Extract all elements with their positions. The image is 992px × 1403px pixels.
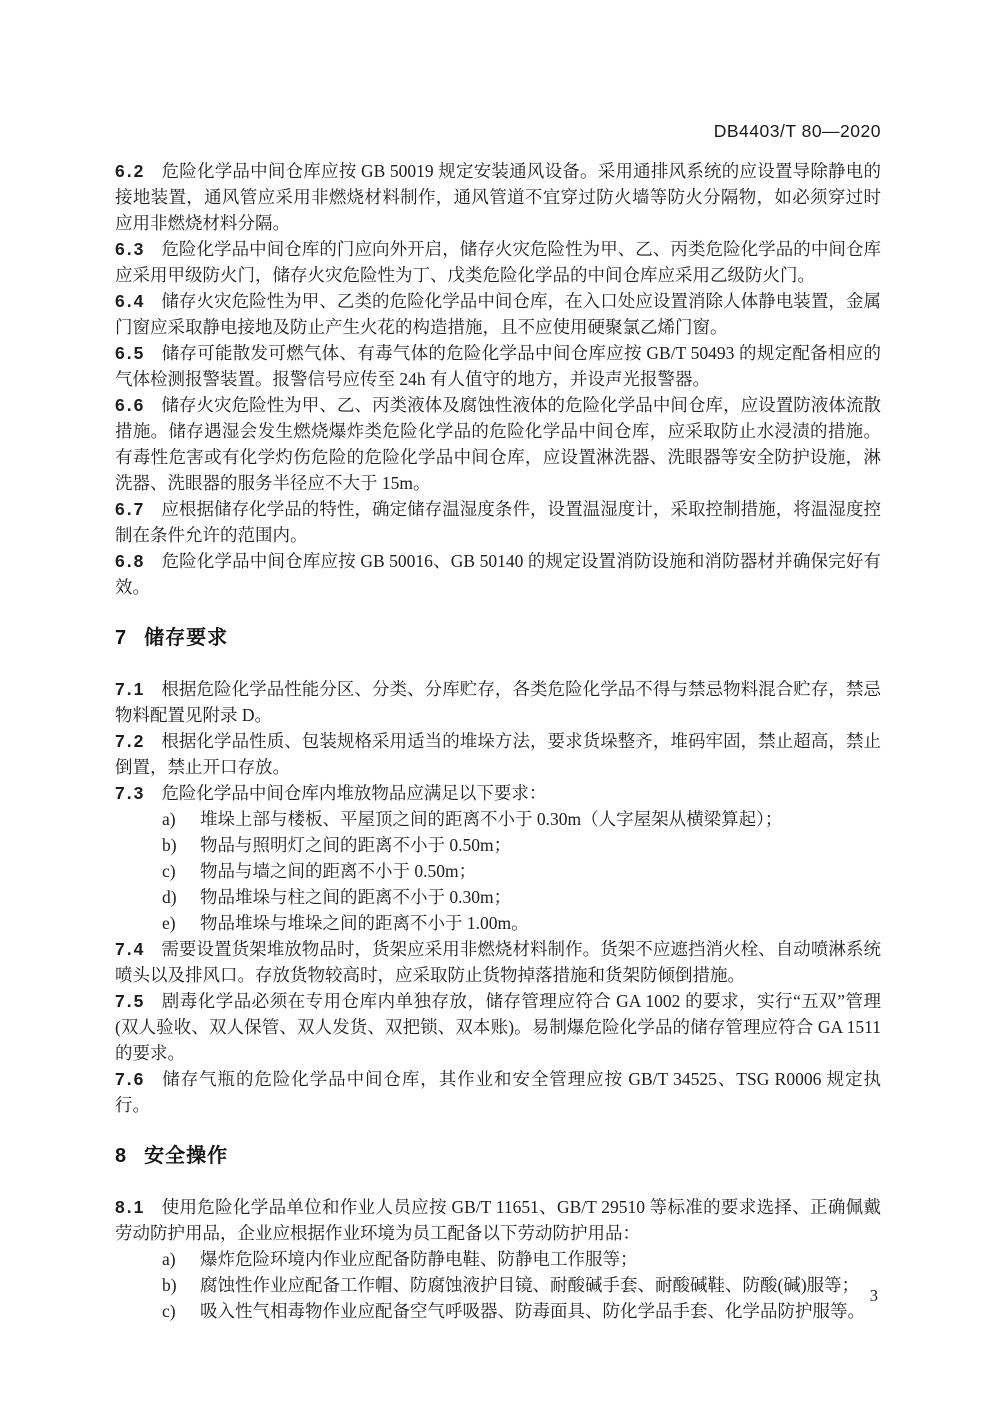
clause-text: 危险化学品中间仓库应按 GB 50016、GB 50140 的规定设置消防设施和…	[115, 551, 881, 597]
clause-8-1: 8.1使用危险化学品单位和作业人员应按 GB/T 11651、GB/T 2951…	[115, 1194, 881, 1246]
clause-number: 7.6	[115, 1069, 145, 1089]
list-item-label: e)	[162, 910, 200, 936]
list-item-label: b)	[162, 1272, 200, 1298]
clause-text: 根据化学品性质、包装规格采用适当的堆垛方法，要求货垛整齐，堆码牢固，禁止超高，禁…	[115, 731, 881, 777]
section-heading-8: 8安全操作	[115, 1143, 881, 1169]
clause-text: 剧毒化学品必须在专用仓库内单独存放，储存管理应符合 GA 1002 的要求，实行…	[115, 991, 881, 1063]
clause-text: 危险化学品中间仓库的门应向外开启，储存火灾危险性为甲、乙、丙类危险化学品的中间仓…	[115, 239, 881, 285]
clause-7-2: 7.2根据化学品性质、包装规格采用适当的堆垛方法，要求货垛整齐，堆码牢固，禁止超…	[115, 728, 881, 780]
list-item-label: a)	[162, 1246, 200, 1272]
list-item-label: a)	[162, 806, 200, 832]
clause-6-6: 6.6储存火灾危险性为甲、乙、丙类液体及腐蚀性液体的危险化学品中间仓库，应设置防…	[115, 392, 881, 496]
list-item-8-1-a: a)爆炸危险环境内作业应配备防静电鞋、防静电工作服等；	[115, 1246, 881, 1272]
clause-number: 6.7	[115, 499, 145, 519]
clause-text: 应根据储存化学品的特性，确定储存温湿度条件，设置温湿度计，采取控制措施，将温湿度…	[115, 499, 881, 545]
list-item-text: 腐蚀性作业应配备工作帽、防腐蚀液护目镜、耐酸碱手套、耐酸碱鞋、防酸(碱)服等；	[200, 1275, 859, 1295]
list-item-label: c)	[162, 858, 200, 884]
clause-text: 储存气瓶的危险化学品中间仓库，其作业和安全管理应按 GB/T 34525、TSG…	[115, 1069, 881, 1115]
clause-text: 危险化学品中间仓库内堆放物品应满足以下要求：	[161, 783, 546, 803]
list-item-text: 爆炸危险环境内作业应配备防静电鞋、防静电工作服等；	[200, 1249, 638, 1269]
clause-number: 6.5	[115, 343, 145, 363]
list-item-text: 物品与照明灯之间的距离不小于 0.50m；	[200, 835, 511, 855]
clause-number: 6.4	[115, 291, 145, 311]
clause-7-4: 7.4需要设置货架堆放物品时，货架应采用非燃烧材料制作。货架不应遮挡消火栓、自动…	[115, 936, 881, 988]
clause-text: 使用危险化学品单位和作业人员应按 GB/T 11651、GB/T 29510 等…	[115, 1197, 881, 1243]
clause-7-1: 7.1根据危险化学品性能分区、分类、分库贮存，各类危险化学品不得与禁忌物料混合贮…	[115, 676, 881, 728]
clause-7-3: 7.3危险化学品中间仓库内堆放物品应满足以下要求：	[115, 780, 881, 806]
document-code-header: DB4403/T 80—2020	[115, 118, 881, 144]
clause-text: 危险化学品中间仓库应按 GB 50019 规定安装通风设备。采用通排风系统的应设…	[115, 161, 881, 233]
section-number: 8	[115, 1145, 126, 1167]
clause-number: 7.3	[115, 783, 145, 803]
clause-text: 储存可能散发可燃气体、有毒气体的危险化学品中间仓库应按 GB/T 50493 的…	[115, 343, 881, 389]
clause-6-5: 6.5储存可能散发可燃气体、有毒气体的危险化学品中间仓库应按 GB/T 5049…	[115, 340, 881, 392]
clause-number: 6.8	[115, 551, 145, 571]
clause-number: 6.6	[115, 395, 145, 415]
list-item-text: 物品堆垛与柱之间的距离不小于 0.30m；	[200, 887, 511, 907]
clause-number: 7.1	[115, 679, 145, 699]
clause-text: 储存火灾危险性为甲、乙、丙类液体及腐蚀性液体的危险化学品中间仓库，应设置防液体流…	[115, 395, 881, 493]
list-item-7-3-e: e)物品堆垛与堆垛之间的距离不小于 1.00m。	[115, 910, 881, 936]
clause-text: 根据危险化学品性能分区、分类、分库贮存，各类危险化学品不得与禁忌物料混合贮存，禁…	[115, 679, 881, 725]
clause-text: 需要设置货架堆放物品时，货架应采用非燃烧材料制作。货架不应遮挡消火栓、自动喷淋系…	[115, 939, 881, 985]
clause-text: 储存火灾危险性为甲、乙类的危险化学品中间仓库，在入口处应设置消除人体静电装置，金…	[115, 291, 881, 337]
clause-7-5: 7.5剧毒化学品必须在专用仓库内单独存放，储存管理应符合 GA 1002 的要求…	[115, 988, 881, 1066]
section-number: 7	[115, 627, 126, 649]
section-title: 安全操作	[144, 1145, 228, 1167]
clause-number: 6.3	[115, 239, 145, 259]
list-item-text: 物品堆垛与堆垛之间的距离不小于 1.00m。	[200, 913, 529, 933]
list-item-7-3-b: b)物品与照明灯之间的距离不小于 0.50m；	[115, 832, 881, 858]
clause-7-6: 7.6储存气瓶的危险化学品中间仓库，其作业和安全管理应按 GB/T 34525、…	[115, 1066, 881, 1118]
list-item-text: 物品与墙之间的距离不小于 0.50m；	[200, 861, 476, 881]
document-page: DB4403/T 80—2020 6.2危险化学品中间仓库应按 GB 50019…	[0, 0, 992, 1403]
clause-6-8: 6.8危险化学品中间仓库应按 GB 50016、GB 50140 的规定设置消防…	[115, 548, 881, 600]
clause-6-3: 6.3危险化学品中间仓库的门应向外开启，储存火灾危险性为甲、乙、丙类危险化学品的…	[115, 236, 881, 288]
list-item-text: 堆垛上部与楼板、平屋顶之间的距离不小于 0.30m（人字屋架从横梁算起）；	[200, 809, 782, 829]
clause-number: 8.1	[115, 1197, 145, 1217]
list-item-label: c)	[162, 1298, 200, 1324]
section-title: 储存要求	[144, 627, 228, 649]
clause-number: 7.5	[115, 991, 145, 1011]
list-item-8-1-b: b)腐蚀性作业应配备工作帽、防腐蚀液护目镜、耐酸碱手套、耐酸碱鞋、防酸(碱)服等…	[115, 1272, 881, 1298]
list-item-7-3-c: c)物品与墙之间的距离不小于 0.50m；	[115, 858, 881, 884]
list-item-text: 吸入性气相毒物作业应配备空气呼吸器、防毒面具、防化学品手套、化学品防护服等。	[200, 1301, 865, 1321]
list-item-7-3-a: a)堆垛上部与楼板、平屋顶之间的距离不小于 0.30m（人字屋架从横梁算起）；	[115, 806, 881, 832]
section-heading-7: 7储存要求	[115, 625, 881, 651]
clause-number: 7.2	[115, 731, 145, 751]
clause-number: 6.2	[115, 161, 145, 181]
page-number: 3	[870, 1286, 878, 1306]
clause-6-7: 6.7应根据储存化学品的特性，确定储存温湿度条件，设置温湿度计，采取控制措施，将…	[115, 496, 881, 548]
page-content: DB4403/T 80—2020 6.2危险化学品中间仓库应按 GB 50019…	[115, 118, 881, 1324]
clause-number: 7.4	[115, 939, 145, 959]
list-item-8-1-c: c)吸入性气相毒物作业应配备空气呼吸器、防毒面具、防化学品手套、化学品防护服等。	[115, 1298, 881, 1324]
clause-6-2: 6.2危险化学品中间仓库应按 GB 50019 规定安装通风设备。采用通排风系统…	[115, 158, 881, 236]
list-item-7-3-d: d)物品堆垛与柱之间的距离不小于 0.30m；	[115, 884, 881, 910]
list-item-label: d)	[162, 884, 200, 910]
list-item-label: b)	[162, 832, 200, 858]
clause-6-4: 6.4储存火灾危险性为甲、乙类的危险化学品中间仓库，在入口处应设置消除人体静电装…	[115, 288, 881, 340]
